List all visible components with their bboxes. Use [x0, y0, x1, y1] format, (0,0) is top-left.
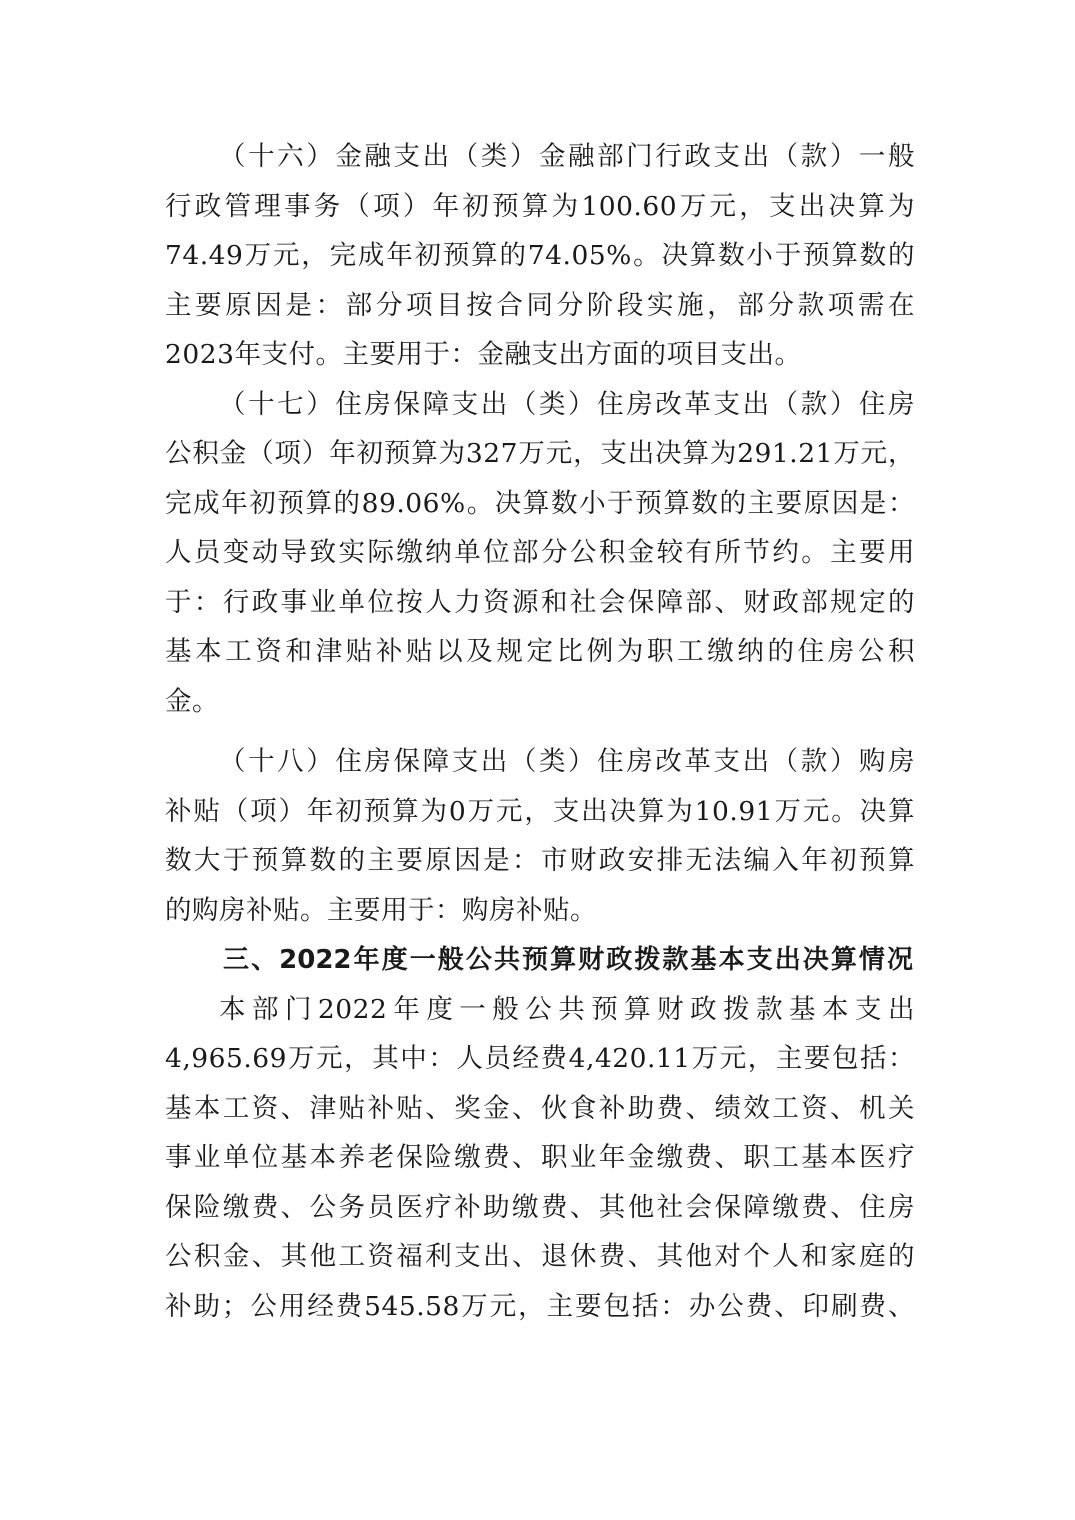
text-line: 2023年支付。主要用于：金融支出方面的项目支出。 — [165, 338, 915, 372]
text-line: 补贴（项）年初预算为0万元，支出决算为10.91万元。决算 — [165, 795, 915, 829]
text-line: 公积金、其他工资福利支出、退休费、其他对个人和家庭的 — [165, 1240, 915, 1274]
text-line: 行政管理事务（项）年初预算为100.60万元，支出决算为 — [165, 190, 915, 224]
text-line: （十七）住房保障支出（类）住房改革支出（款）住房 — [219, 388, 915, 422]
text-line: 保险缴费、公务员医疗补助缴费、其他社会保障缴费、住房 — [165, 1191, 915, 1225]
text-line: 74.49万元，完成年初预算的74.05%。决算数小于预算数的 — [165, 239, 915, 273]
text-line: （十八）住房保障支出（类）住房改革支出（款）购房 — [219, 745, 915, 779]
text-line: 本部门2022年度一般公共预算财政拨款基本支出 — [219, 993, 915, 1027]
section-heading: 三、2022年度一般公共预算财政拨款基本支出决算情况 — [223, 943, 913, 977]
text-line: 基本工资、津贴补贴、奖金、伙食补助费、绩效工资、机关 — [165, 1092, 915, 1126]
text-line: 人员变动导致实际缴纳单位部分公积金较有所节约。主要用 — [165, 536, 915, 570]
text-line: 金。 — [165, 685, 915, 719]
text-line: 于：行政事业单位按人力资源和社会保障部、财政部规定的 — [165, 586, 915, 620]
text-line: 公积金（项）年初预算为327万元，支出决算为291.21万元， — [165, 437, 915, 471]
text-line: 数大于预算数的主要原因是：市财政安排无法编入年初预算 — [165, 844, 915, 878]
text-line: 补助；公用经费545.58万元，主要包括：办公费、印刷费、 — [165, 1290, 915, 1324]
text-line: 完成年初预算的89.06%。决算数小于预算数的主要原因是： — [165, 487, 915, 521]
text-line: 事业单位基本养老保险缴费、职业年金缴费、职工基本医疗 — [165, 1141, 915, 1175]
text-line: 基本工资和津贴补贴以及规定比例为职工缴纳的住房公积 — [165, 635, 915, 669]
text-line: 主要原因是：部分项目按合同分阶段实施，部分款项需在 — [165, 289, 915, 323]
text-line: 的购房补贴。主要用于：购房补贴。 — [165, 894, 915, 928]
text-line: （十六）金融支出（类）金融部门行政支出（款）一般 — [219, 140, 915, 174]
text-line: 4,965.69万元，其中：人员经费4,420.11万元，主要包括： — [165, 1042, 915, 1076]
